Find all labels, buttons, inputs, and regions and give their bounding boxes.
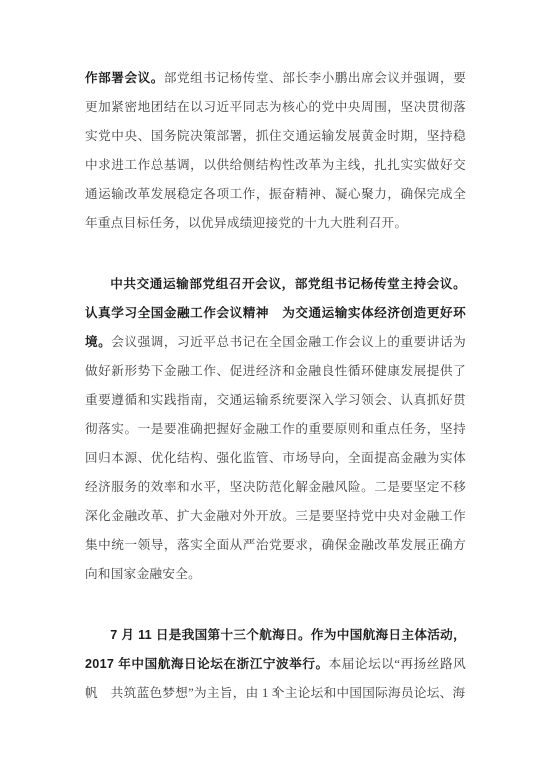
- document-page: 作部署会议。部党组书记杨传堂、部长李小鹏出席会议并强调，要更加紧密地团结在以习近…: [0, 0, 550, 759]
- document-content: 作部署会议。部党组书记杨传堂、部长李小鹏出席会议并强调，要更加紧密地团结在以习近…: [85, 64, 466, 740]
- text-segment-regular: 部党组书记杨传堂、部长李小鹏出席会议并强调，要更加紧密地团结在以习近平同志为核心…: [85, 71, 466, 230]
- text-segment-regular: 会议强调，习近平总书记在全国金融工作会议上的重要讲话为做好新形势下金融工作、促进…: [85, 335, 466, 581]
- paragraph: 作部署会议。部党组书记杨传堂、部长李小鹏出席会议并强调，要更加紧密地团结在以习近…: [85, 64, 466, 238]
- paragraph: 中共交通运输部党组召开会议，部党组书记杨传堂主持会议。认真学习全国金融工作会议精…: [85, 270, 466, 589]
- text-segment-bold: 作部署会议。: [85, 71, 164, 85]
- page-number: 3: [0, 684, 550, 700]
